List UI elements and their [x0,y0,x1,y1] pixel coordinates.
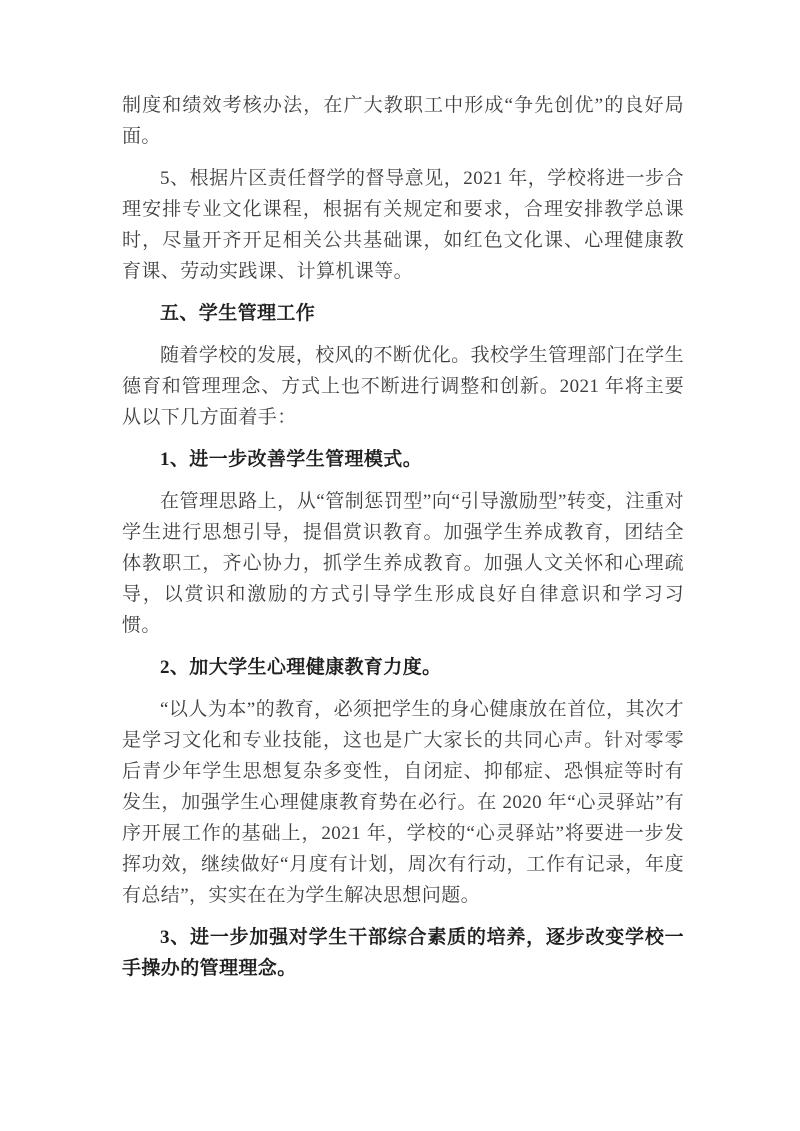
section-heading: 1、进一步改善学生管理模式。 [122,444,684,475]
body-paragraph: 制度和绩效考核办法，在广大教职工中形成“争先创优”的良好局面。 [122,90,684,152]
body-paragraph: 随着学校的发展，校风的不断优化。我校学生管理部门在学生德育和管理理念、方式上也不… [122,340,684,433]
document-content: 制度和绩效考核办法，在广大教职工中形成“争先创优”的良好局面。5、根据片区责任督… [122,90,684,984]
section-heading: 2、加大学生心理健康教育力度。 [122,652,684,683]
body-paragraph: “以人为本”的教育，必须把学生的身心健康放在首位，其次才是学习文化和专业技能，这… [122,694,684,911]
section-heading: 五、学生管理工作 [122,298,684,329]
body-paragraph: 在管理思路上，从“管制惩罚型”向“引导激励型”转变，注重对学生进行思想引导，提倡… [122,486,684,641]
document-page: 制度和绩效考核办法，在广大教职工中形成“争先创优”的良好局面。5、根据片区责任督… [0,0,800,1131]
body-paragraph: 5、根据片区责任督学的督导意见，2021 年，学校将进一步合理安排专业文化课程，… [122,163,684,287]
section-heading: 3、进一步加强对学生干部综合素质的培养，逐步改变学校一手操办的管理理念。 [122,922,684,984]
